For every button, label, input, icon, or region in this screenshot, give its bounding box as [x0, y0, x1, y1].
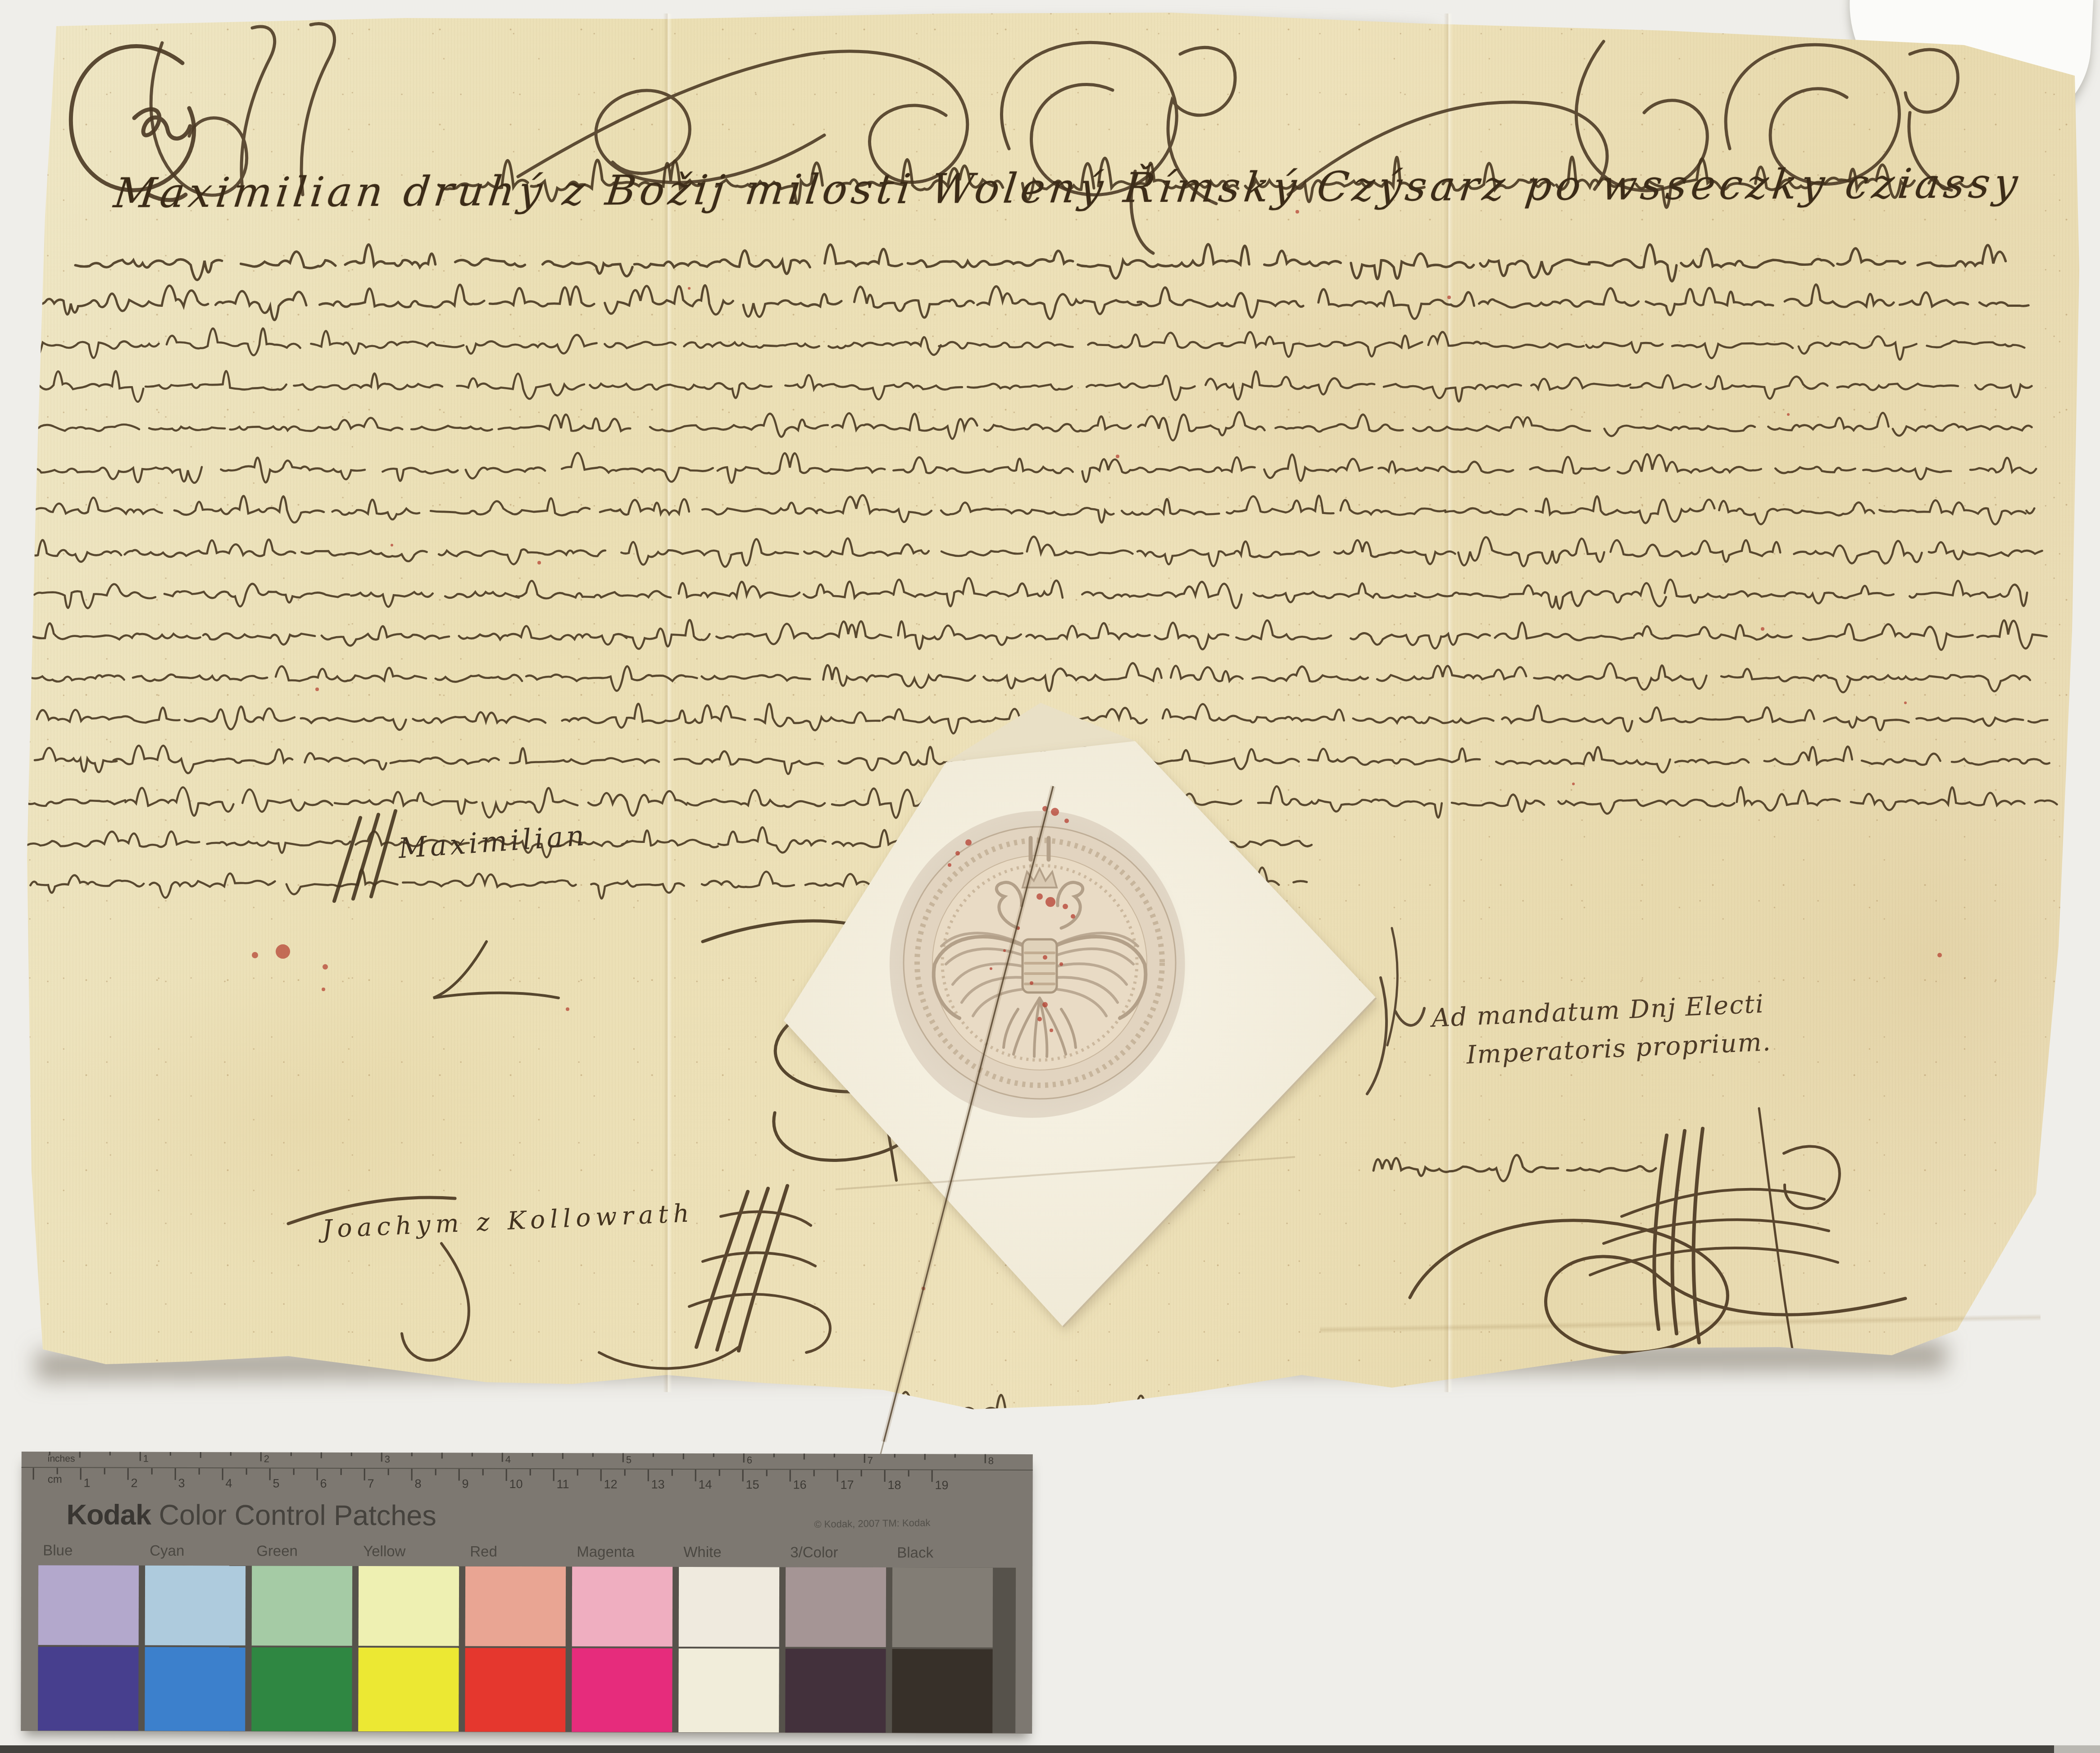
patch-label-red: Red: [470, 1543, 497, 1560]
patch-labels-row: BlueCyanGreenYellowRedMagentaWhite3/Colo…: [38, 1542, 1029, 1562]
kodak-color-control-strip: inches 12345678 cm 123456789101112131415…: [21, 1452, 1033, 1734]
cm-ticks: 12345678910111213141516171819: [22, 1468, 1033, 1494]
patch-dark-3/color: [785, 1649, 886, 1733]
patch-light-white: [679, 1567, 779, 1647]
ruler-centimeters: cm 12345678910111213141516171819: [22, 1468, 1033, 1494]
papered-seal-assembly: [730, 694, 1396, 1460]
patch-light-green: [252, 1566, 352, 1646]
patch-label-blue: Blue: [43, 1542, 73, 1559]
patch-light-red: [465, 1566, 566, 1647]
patch-label-3-color: 3/Color: [790, 1544, 838, 1561]
patch-dark-black: [892, 1649, 992, 1733]
patch-light-3/color: [786, 1567, 886, 1648]
patch-grid: [38, 1565, 1016, 1733]
patch-label-magenta: Magenta: [577, 1543, 635, 1560]
patch-light-black: [892, 1567, 993, 1648]
patch-dark-green: [251, 1647, 352, 1731]
scanned-document-page: Maximilian druhý z Božij milosti Wolený …: [0, 0, 2100, 1753]
inch-ticks: 12345678: [22, 1452, 1033, 1470]
kodak-brand: Kodak: [66, 1499, 151, 1530]
patch-light-blue: [38, 1565, 139, 1645]
patch-label-green: Green: [256, 1542, 298, 1559]
patch-dark-magenta: [572, 1648, 672, 1732]
scan-edge-bar: [0, 1745, 2100, 1753]
patch-label-yellow: Yellow: [363, 1543, 405, 1560]
kodak-copyright: © Kodak, 2007 TM: Kodak: [814, 1517, 930, 1530]
patch-light-yellow: [359, 1566, 459, 1646]
patch-label-cyan: Cyan: [150, 1542, 184, 1559]
patch-label-white: White: [683, 1544, 721, 1561]
patch-light-magenta: [572, 1566, 673, 1647]
patch-light-cyan: [145, 1566, 245, 1646]
scan-edge-bar-light: [2054, 1745, 2100, 1753]
ruler-inches: inches 12345678: [22, 1452, 1033, 1471]
vertical-fold-crease-right: [1444, 14, 1453, 1392]
kodak-title: Kodak Color Control Patches: [66, 1498, 436, 1532]
patch-dark-red: [465, 1648, 565, 1732]
vertical-fold-crease-left: [663, 14, 672, 1392]
kodak-title-text: Color Control Patches: [159, 1499, 436, 1532]
patch-dark-yellow: [358, 1648, 459, 1732]
patch-dark-white: [678, 1648, 779, 1733]
patch-dark-blue: [38, 1647, 138, 1731]
patch-dark-cyan: [145, 1647, 245, 1731]
patch-label-black: Black: [897, 1544, 933, 1561]
